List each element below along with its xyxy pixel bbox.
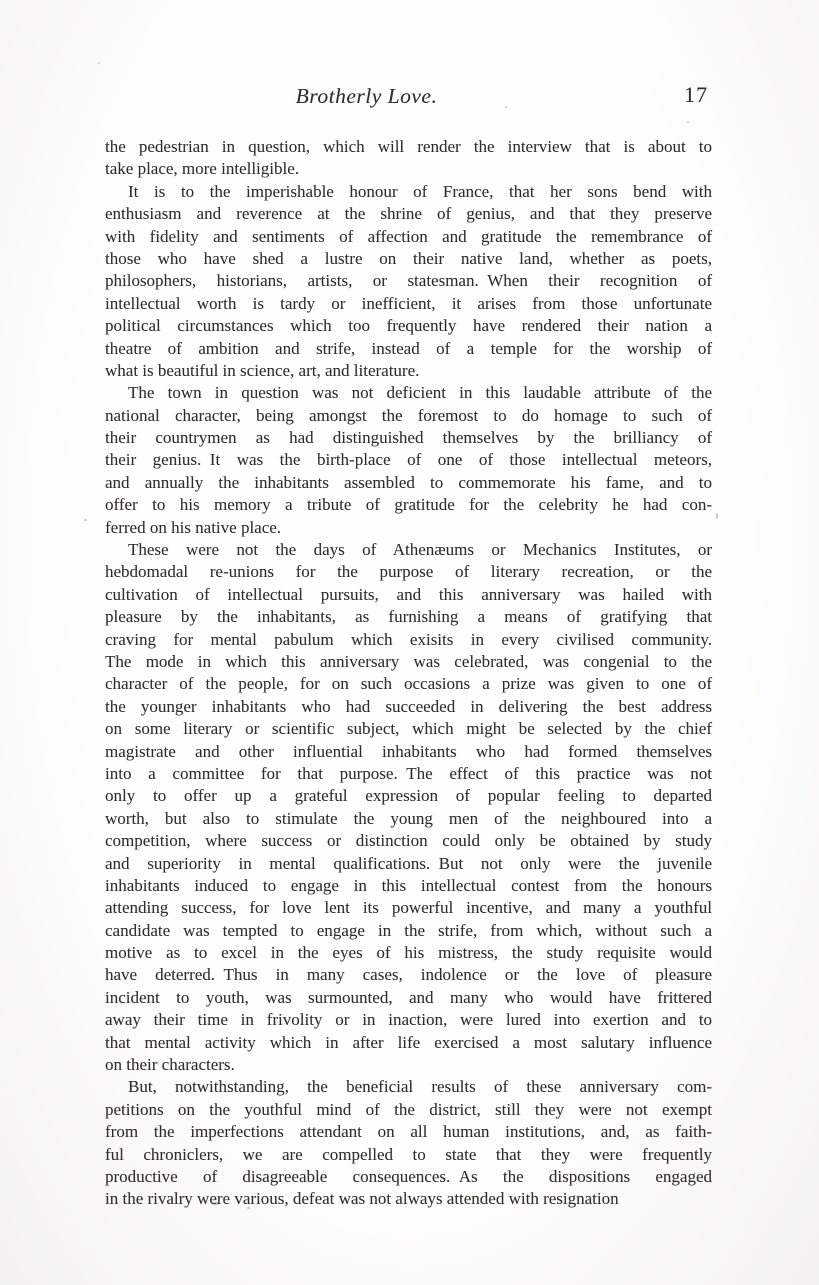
paragraph: The town in question was not deficient i… xyxy=(105,382,712,539)
page-header: Brotherly Love. 17 xyxy=(105,84,712,118)
text-line: incident to youth, was surmounted, and m… xyxy=(105,987,712,1009)
text-line: in the rivalry were various, defeat was … xyxy=(105,1188,712,1210)
text-line: motive as to excel in the eyes of his mi… xyxy=(105,942,712,964)
text-line: hebdomadal re-unions for the purpose of … xyxy=(105,561,712,583)
text-line: competition, where success or distinctio… xyxy=(105,830,712,852)
running-title: Brotherly Love. xyxy=(63,84,670,109)
text-line: that mental activity which in after life… xyxy=(105,1032,712,1054)
text-line: those who have shed a lustre on their na… xyxy=(105,248,712,270)
scanned-page: Brotherly Love. 17 the pedestrian in que… xyxy=(0,0,819,1285)
text-line: ful chroniclers, we are compelled to sta… xyxy=(105,1144,712,1166)
text-line: on some literary or scientific subject, … xyxy=(105,718,712,740)
paragraph: It is to the imperishable honour of Fran… xyxy=(105,181,712,383)
paragraph: the pedestrian in question, which will r… xyxy=(105,136,712,181)
text-line: with fidelity and sentiments of affectio… xyxy=(105,226,712,248)
text-line: their countrymen as had distinguished th… xyxy=(105,427,712,449)
text-line: philosophers, historians, artists, or st… xyxy=(105,270,712,292)
text-line: The town in question was not deficient i… xyxy=(105,382,712,404)
text-line: character of the people, for on such occ… xyxy=(105,673,712,695)
text-line: what is beautiful in science, art, and l… xyxy=(105,360,712,382)
text-line: pleasure by the inhabitants, as furnishi… xyxy=(105,606,712,628)
text-line: attending success, for love lent its pow… xyxy=(105,897,712,919)
text-line: take place, more intelligible. xyxy=(105,158,712,180)
text-line: only to offer up a grateful expression o… xyxy=(105,785,712,807)
text-line: away their time in frivolity or in inact… xyxy=(105,1009,712,1031)
paragraph: These were not the days of Athenæums or … xyxy=(105,539,712,1076)
page-number: 17 xyxy=(684,82,708,108)
text-line: It is to the imperishable honour of Fran… xyxy=(105,181,712,203)
text-line: ferred on his native place. xyxy=(105,517,712,539)
text-line: and superiority in mental qualifications… xyxy=(105,853,712,875)
text-line: the pedestrian in question, which will r… xyxy=(105,136,712,158)
text-line: the younger inhabitants who had succeede… xyxy=(105,696,712,718)
text-line: offer to his memory a tribute of gratitu… xyxy=(105,494,712,516)
text-line: theatre of ambition and strife, instead … xyxy=(105,338,712,360)
paragraph: But, notwithstanding, the beneficial res… xyxy=(105,1076,712,1210)
text-line: from the imperfections attendant on all … xyxy=(105,1121,712,1143)
text-line: inhabitants induced to engage in this in… xyxy=(105,875,712,897)
text-line: their genius. It was the birth-place of … xyxy=(105,449,712,471)
text-line: cultivation of intellectual pursuits, an… xyxy=(105,584,712,606)
text-line: productive of disagreeable consequences.… xyxy=(105,1166,712,1188)
text-line: have deterred. Thus in many cases, indol… xyxy=(105,964,712,986)
page-body: the pedestrian in question, which will r… xyxy=(105,136,712,1211)
text-line: But, notwithstanding, the beneficial res… xyxy=(105,1076,712,1098)
text-line: intellectual worth is tardy or inefficie… xyxy=(105,293,712,315)
text-line: enthusiasm and reverence at the shrine o… xyxy=(105,203,712,225)
text-line: and annually the inhabitants assembled t… xyxy=(105,472,712,494)
text-line: into a committee for that purpose. The e… xyxy=(105,763,712,785)
text-line: These were not the days of Athenæums or … xyxy=(105,539,712,561)
text-line: national character, being amongst the fo… xyxy=(105,405,712,427)
text-line: magistrate and other influential inhabit… xyxy=(105,741,712,763)
text-line: candidate was tempted to engage in the s… xyxy=(105,920,712,942)
text-line: petitions on the youthful mind of the di… xyxy=(105,1099,712,1121)
text-line: on their characters. xyxy=(105,1054,712,1076)
text-line: political circumstances which too freque… xyxy=(105,315,712,337)
text-line: worth, but also to stimulate the young m… xyxy=(105,808,712,830)
text-line: The mode in which this anniversary was c… xyxy=(105,651,712,673)
text-line: craving for mental pabulum which exisits… xyxy=(105,629,712,651)
